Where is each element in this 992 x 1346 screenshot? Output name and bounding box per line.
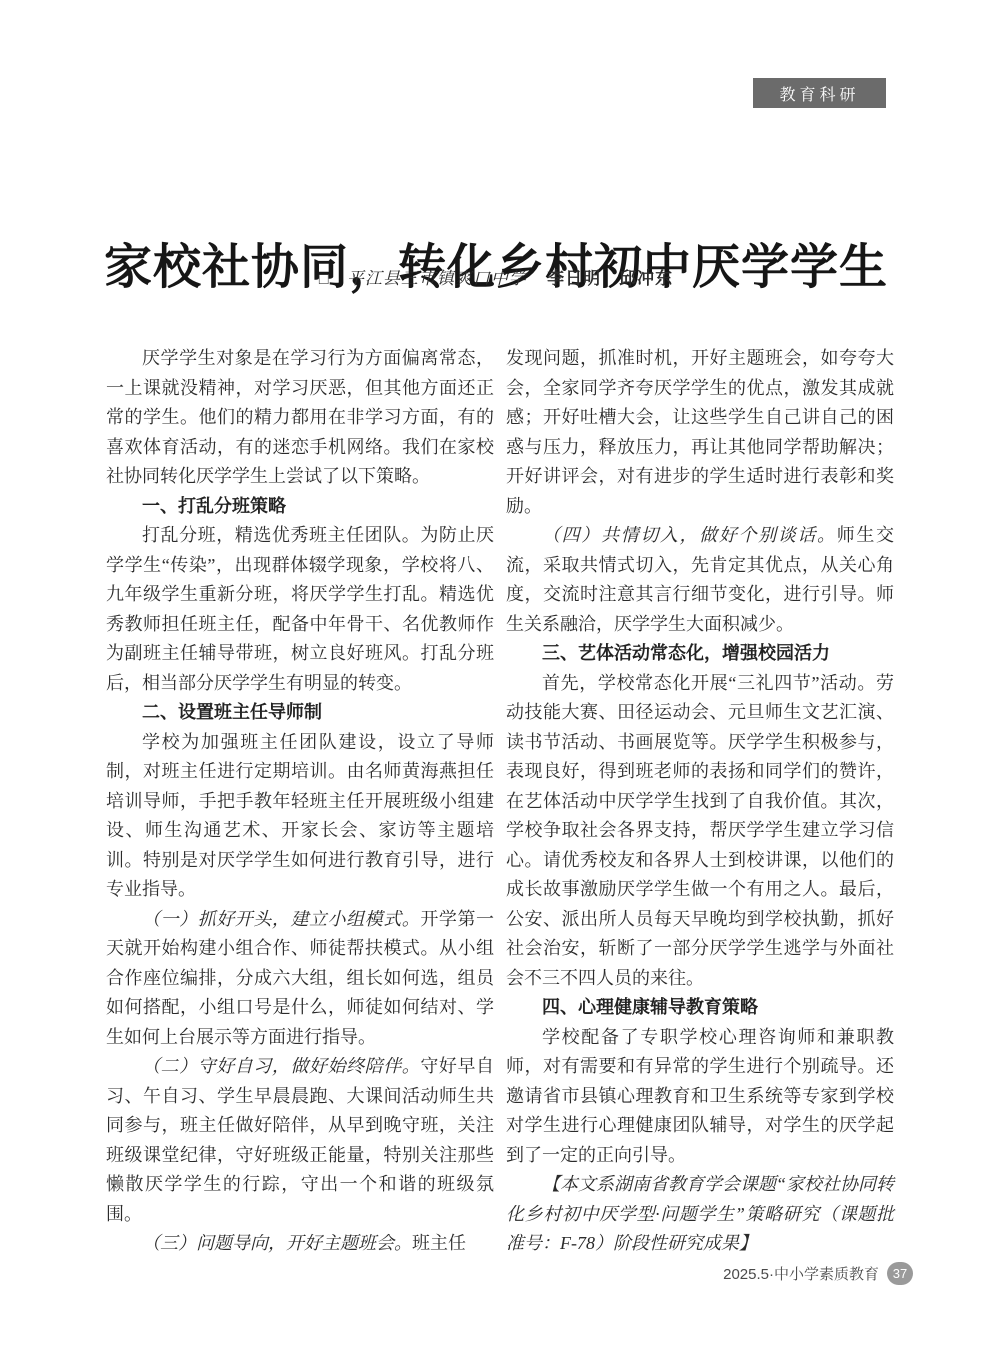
journal-issue-label: 2025.5·中小学素质教育: [723, 1263, 879, 1284]
intro-paragraph: 厌学学生对象是在学习行为方面偏离常态，一上课就没精神，对学习厌恶，但其他方面还正…: [106, 344, 494, 492]
funding-note: 【本文系湖南省教育学会课题“家校社协同转化乡村初中厌学型·问题学生”策略研究（课…: [506, 1170, 894, 1259]
subsection-2-body: 守好早自习、午自习、学生早晨晨跑、大课间活动师生共同参与，班主任做好陪伴，从早到…: [106, 1056, 494, 1224]
section-heading-2: 二、设置班主任导师制: [106, 698, 494, 728]
subsection-4-paragraph: （四）共情切入，做好个别谈话。师生交流，采取共情式切入，先肯定其优点，从关心角度…: [506, 521, 894, 639]
page-footer: 2025.5·中小学素质教育 37: [723, 1262, 913, 1285]
right-column: 发现问题，抓准时机，开好主题班会，如夸夸大会，全家同学齐夸厌学学生的优点，激发其…: [506, 344, 894, 1259]
section-1-paragraph: 打乱分班，精选优秀班主任团队。为防止厌学学生“传染”，出现群体辍学现象，学校将八…: [106, 521, 494, 698]
subsection-1-lead: （一）抓好开头，建立小组模式。: [142, 909, 420, 929]
byline-square-icon: □: [319, 271, 329, 288]
subsection-3-paragraph-continued: 发现问题，抓准时机，开好主题班会，如夸夸大会，全家同学齐夸厌学学生的优点，激发其…: [506, 344, 894, 521]
section-3-paragraph: 首先，学校常态化开展“三礼四节”活动。劳动技能大赛、田径运动会、元旦师生文艺汇演…: [506, 669, 894, 994]
section-2-paragraph: 学校为加强班主任团队建设，设立了导师制，对班主任进行定期培训。由名师黄海燕担任培…: [106, 728, 494, 905]
subsection-1-body: 开学第一天就开始构建小组合作、师徒帮扶模式。从小组合作座位编排，分成六大组，组长…: [106, 909, 494, 1047]
author-affiliation: 平江县三市镇爽口中学: [347, 269, 527, 288]
subsection-2-paragraph: （二）守好自习，做好始终陪伴。守好早自习、午自习、学生早晨晨跑、大课间活动师生共…: [106, 1052, 494, 1229]
byline: □ 平江县三市镇爽口中学 李日明 邱冲东: [0, 264, 992, 289]
section-heading-1: 一、打乱分班策略: [106, 492, 494, 522]
left-column: 厌学学生对象是在学习行为方面偏离常态，一上课就没精神，对学习厌恶，但其他方面还正…: [106, 344, 494, 1259]
subsection-2-lead: （二）守好自习，做好始终陪伴。: [142, 1056, 420, 1076]
column-header-badge: 教育科研: [753, 78, 886, 108]
page-number-badge: 37: [887, 1262, 913, 1285]
subsection-1-paragraph: （一）抓好开头，建立小组模式。开学第一天就开始构建小组合作、师徒帮扶模式。从小组…: [106, 905, 494, 1053]
section-4-paragraph: 学校配备了专职学校心理咨询师和兼职教师，对有需要和有异常的学生进行个别疏导。还邀…: [506, 1023, 894, 1171]
section-heading-4: 四、心理健康辅导教育策略: [506, 993, 894, 1023]
section-heading-3: 三、艺体活动常态化，增强校园活力: [506, 639, 894, 669]
author-names: 李日明 邱冲东: [547, 269, 673, 288]
subsection-3-body-start: 班主任: [412, 1233, 466, 1253]
subsection-4-lead: （四）共情切入，做好个别谈话。: [542, 525, 837, 545]
subsection-3-lead: （三）问题导向，开好主题班会。: [142, 1233, 412, 1253]
subsection-3-paragraph-start: （三）问题导向，开好主题班会。班主任: [106, 1229, 494, 1259]
